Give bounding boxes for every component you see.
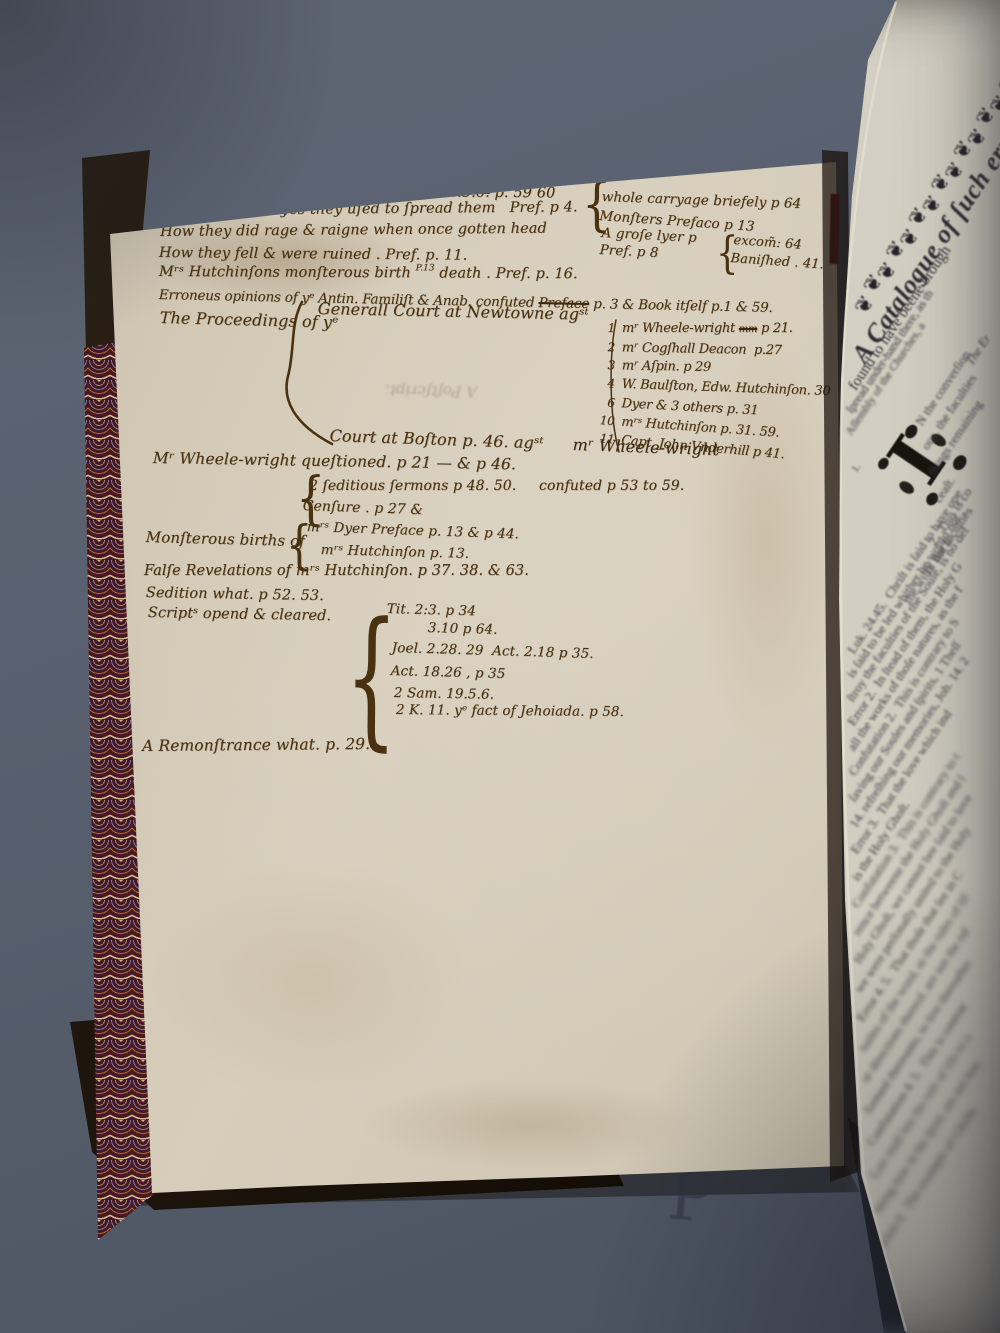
paper-stain: [360, 1080, 700, 1170]
entry-dyer: mʳˢ Dyer Preface p. 13 & p 44.: [306, 519, 519, 542]
entry-seditious-sermons: 2 ſeditious ſermons p 48. 50. confuted p…: [309, 478, 684, 494]
entry-cunning-wayes: The cunning wayes they uſed to ſpread th…: [162, 199, 578, 219]
entry-proceedings: The Proceedings of yᵉ: [160, 308, 339, 332]
paper-stain: [150, 860, 470, 1100]
margin-note-excommunicated: excom̃: 64: [733, 233, 802, 253]
margin-note: whole carryage briefely p 64: [601, 189, 801, 212]
entry-court-boston-wheelwright: mʳ Wheele-wright: [572, 435, 719, 459]
entry-remonstrance: A Remonſtrance what. p. 29.: [142, 735, 370, 755]
section-number: 1.: [849, 461, 863, 474]
scripture-line: Act. 18.26 , p 35: [391, 663, 506, 682]
entry-sedition: Sedition what. p 52. 53.: [146, 585, 324, 604]
court-list-row: 3mʳ Aſpin. p 29: [598, 358, 711, 375]
scripture-line: Tit. 2:3. p 34: [387, 601, 477, 619]
entry-scriptures-opened: Scriptˢ opend & cleared.: [148, 605, 332, 624]
entry-monstrous-birth: Mʳˢ Hutchinſons monſterous birth P.13 de…: [159, 264, 578, 282]
photo-of-open-book: { "colors": { "backdrop": "#596070", "pa…: [0, 0, 1000, 1333]
table-heading: A Table.: [303, 156, 378, 177]
margin-note: all nons. not gr…: [598, 155, 709, 176]
entry-monstrous-births: Monſterous births of: [146, 528, 306, 550]
scripture-line: Joel. 2.28. 29 Act. 2.18 p 35.: [392, 640, 594, 662]
entry-rage-raigne: How they did rage & raigne when once got…: [160, 221, 547, 240]
entry-false-revelations: Falſe Revelations of mʳˢ Hutchinſon. p 3…: [144, 563, 529, 579]
margin-note-banished: Baniſhed . 41.: [730, 251, 824, 272]
entry-court-boston: Court at Boſton p. 46. agˢᵗ: [329, 426, 543, 452]
entry-hutchinson-errors: Mʳˢ Hutchinſons errors, Preface p 2.3.4.…: [163, 182, 556, 201]
show-through-text: A Poſtſcript.: [385, 381, 477, 401]
court-list-row: 1mʳ Wheele-wright mm p 21.: [598, 321, 793, 336]
court-list-row: 2mʳ Cogſhall Deacon p.27: [598, 340, 782, 358]
entry-wheelwright-questioned: Mʳ Wheele-wright queſtioned. p 21 — & p …: [153, 449, 516, 473]
scripture-line: 2 K. 11. yᵉ fact of Jehoiada. p 58.: [396, 702, 624, 720]
scripture-line: 3.10 p 64.: [428, 620, 498, 638]
scripture-line: 2 Sam. 19.5.6.: [394, 685, 494, 703]
entry-hutchinson-birth: mʳˢ Hutchinſon p. 13.: [321, 542, 470, 562]
margin-note: Pref. p 8: [599, 242, 659, 261]
entry-fell-ruined: How they fell & were ruined . Pref. p. 1…: [159, 245, 468, 264]
